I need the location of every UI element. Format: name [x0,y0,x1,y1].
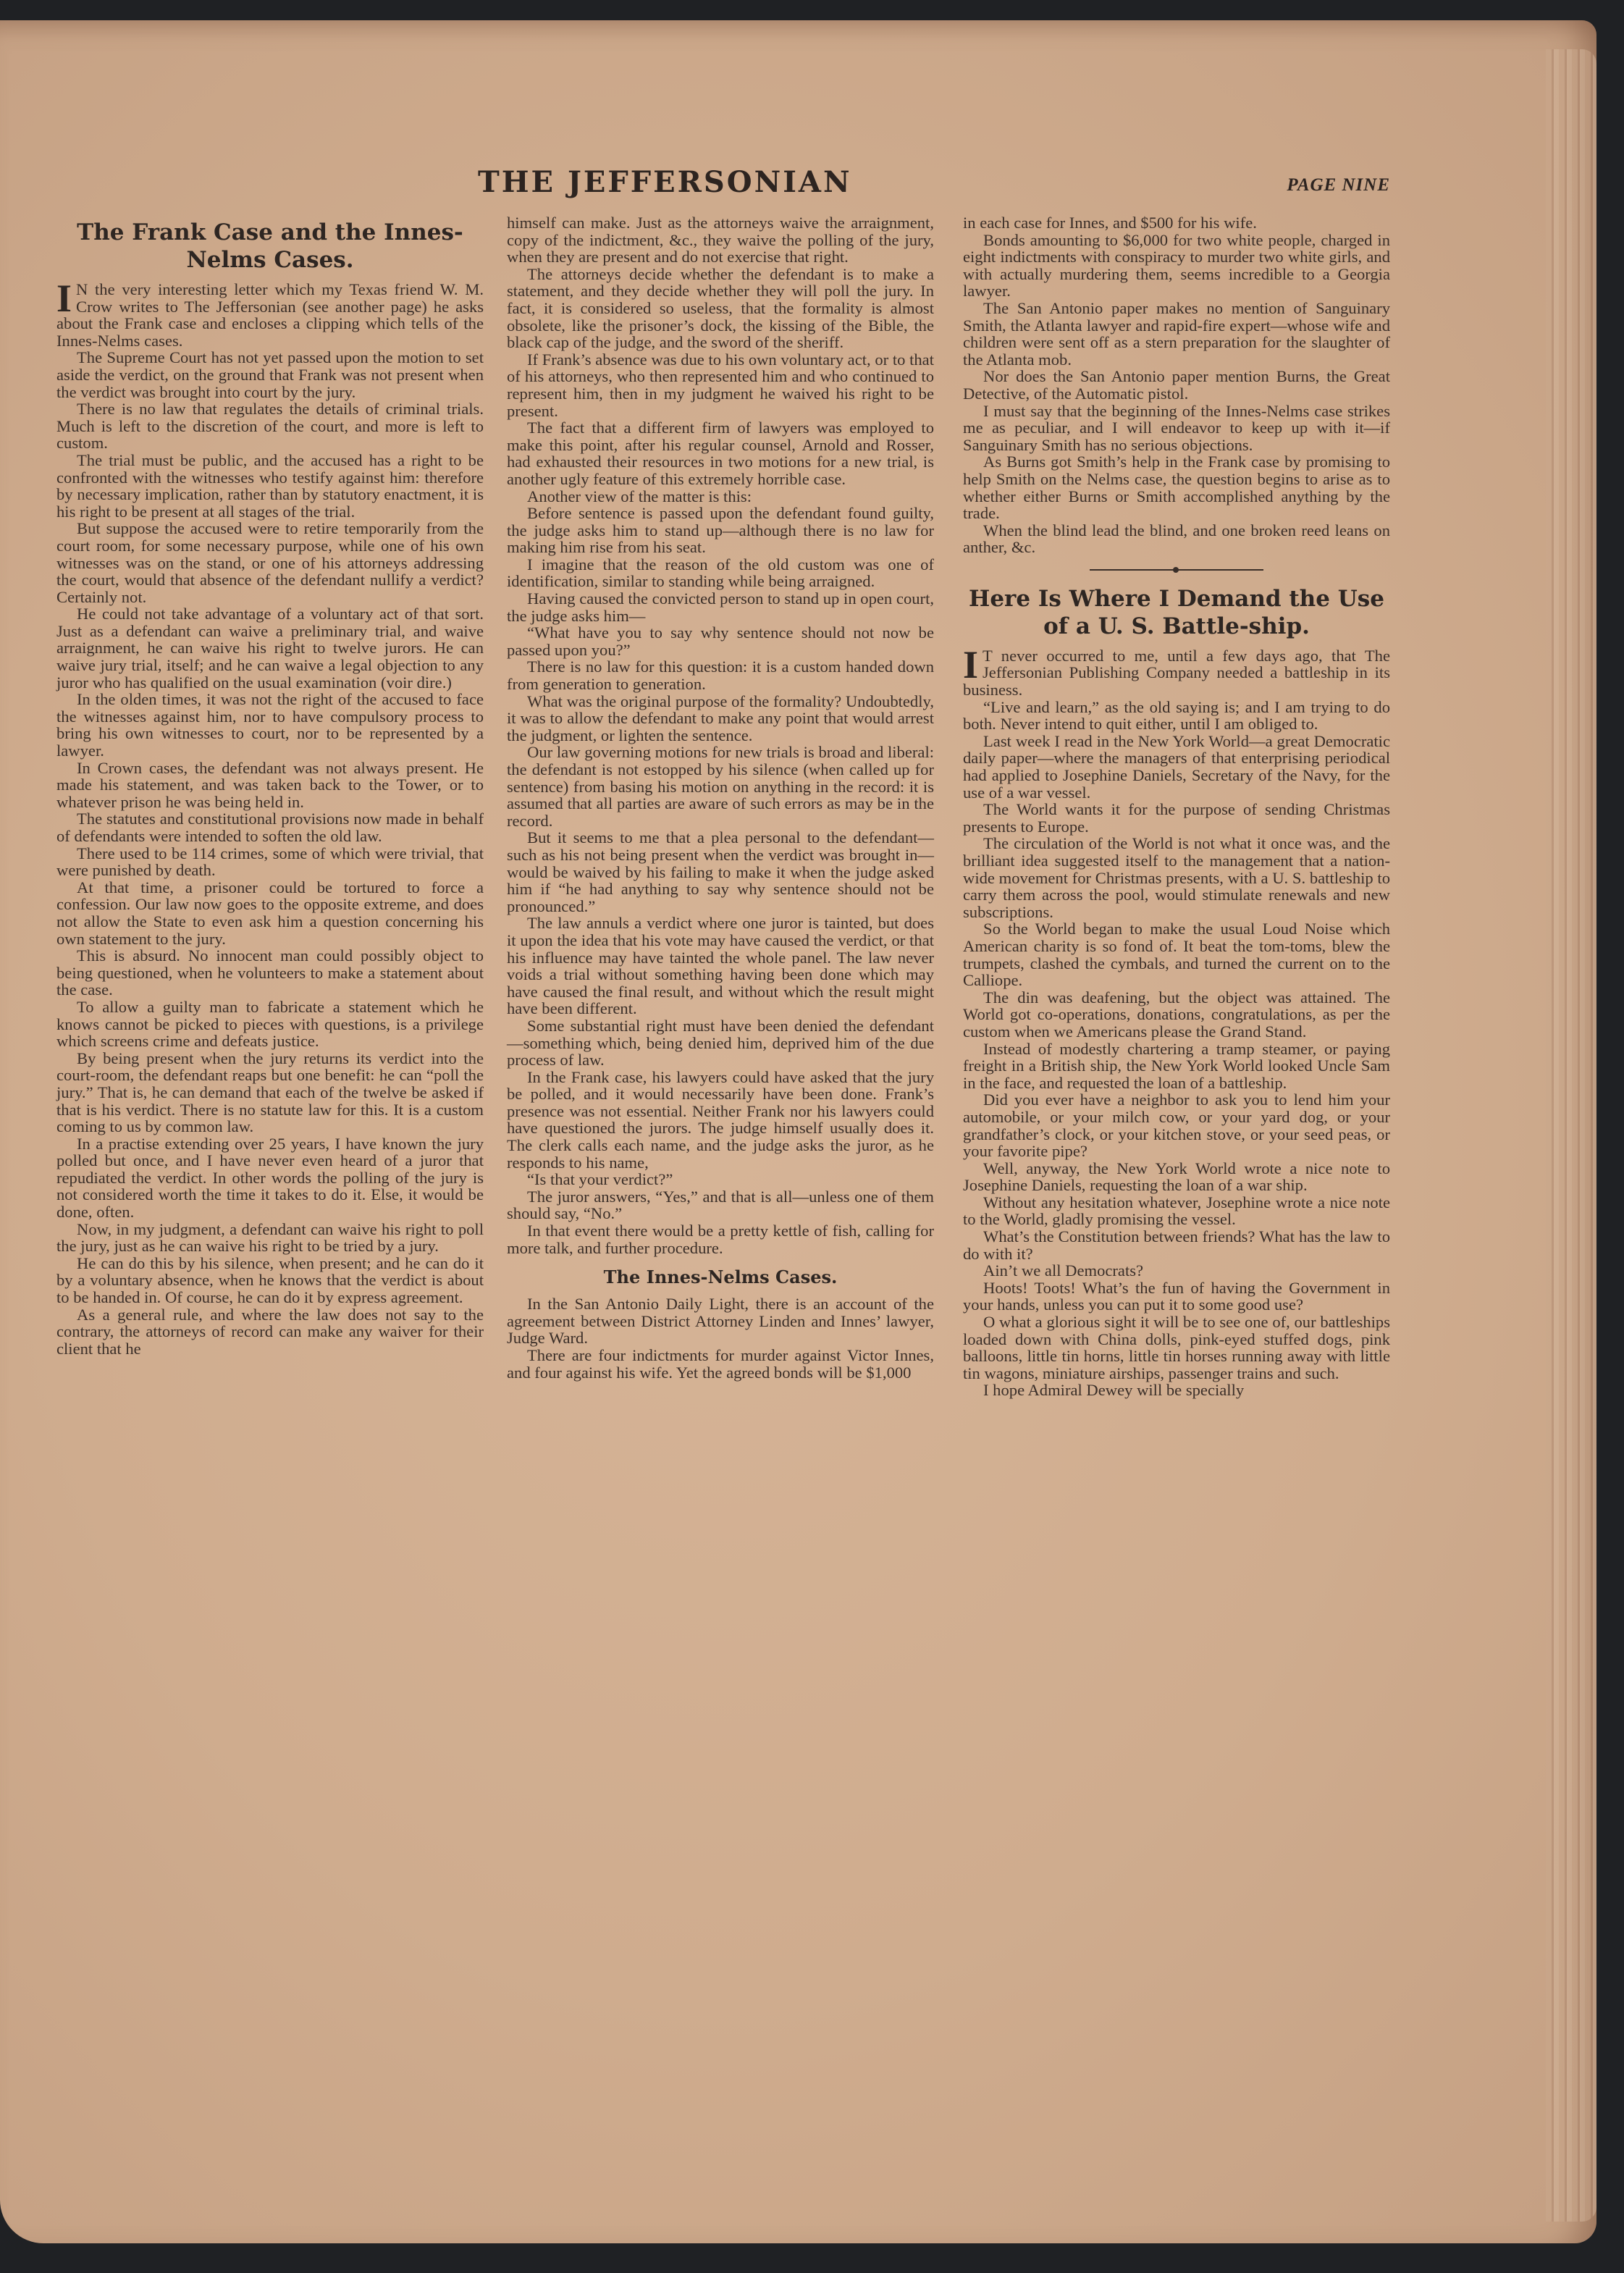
paragraph: In the Frank case, his lawyers could hav… [507,1069,934,1172]
paragraph: There is no law that regulates the detai… [56,400,484,452]
masthead: THE JEFFERSONIAN PAGE NINE [478,165,1390,209]
paragraph: But it seems to me that a plea personal … [507,829,934,915]
paragraph: I imagine that the reason of the old cus… [507,556,934,590]
paragraph: By being present when the jury returns i… [56,1050,484,1135]
paragraph: Hoots! Toots! What’s the fun of having t… [963,1280,1390,1314]
paragraph: Without any hesitation whatever, Josephi… [963,1194,1390,1228]
paragraph: In Crown cases, the defendant was not al… [56,760,484,811]
drop-cap: I [56,282,72,314]
paragraph: I must say that the beginning of the Inn… [963,403,1390,454]
paragraph-continued: in each case for Innes, and $500 for his… [963,214,1390,232]
paragraph: To allow a guilty man to fabricate a sta… [56,999,484,1050]
paragraph: Instead of modestly chartering a tramp s… [963,1041,1390,1092]
paragraph: Some substantial right must have been de… [507,1017,934,1069]
paragraph: If Frank’s absence was due to his own vo… [507,351,934,419]
paragraph: When the blind lead the blind, and one b… [963,522,1390,556]
publication-title: THE JEFFERSONIAN [478,165,852,199]
drop-cap: I [963,649,978,681]
paragraph: The attorneys decide whether the defenda… [507,266,934,351]
article-3-headline: Here Is Where I Demand the Use of a U. S… [963,585,1390,640]
paragraph: Another view of the matter is this: [507,488,934,505]
paragraph: This is absurd. No innocent man could po… [56,947,484,999]
article-2-headline: The Innes-Nelms Cases. [507,1266,934,1288]
paragraph: The din was deafening, but the object wa… [963,989,1390,1041]
paragraph-continued: himself can make. Just as the attorneys … [507,214,934,266]
paragraph: The Supreme Court has not yet passed upo… [56,349,484,400]
paragraph: The fact that a different firm of lawyer… [507,419,934,487]
paragraph: In a practise extending over 25 years, I… [56,1135,484,1221]
paragraph: “Is that your verdict?” [507,1171,934,1188]
paragraph: But suppose the accused were to retire t… [56,520,484,605]
paragraph: Ain’t we all Democrats? [963,1262,1390,1280]
page-number: PAGE NINE [1287,175,1390,196]
article-3-lead-paragraph: IT never occurred to me, until a few day… [963,647,1390,699]
paragraph: Our law governing motions for new trials… [507,744,934,829]
paragraph: At that time, a prisoner could be tortur… [56,879,484,947]
paragraph: As a general rule, and where the law doe… [56,1306,484,1358]
paragraph: The World wants it for the purpose of se… [963,801,1390,835]
paragraph: The San Antonio paper makes no mention o… [963,300,1390,368]
paragraph: “What have you to say why sentence shoul… [507,624,934,658]
paragraph: There is no law for this question: it is… [507,658,934,692]
paragraph: What’s the Constitution between friends?… [963,1228,1390,1262]
paragraph: The trial must be public, and the accuse… [56,452,484,520]
paragraph: Well, anyway, the New York World wrote a… [963,1160,1390,1194]
paragraph: Did you ever have a neighbor to ask you … [963,1091,1390,1159]
column-3: in each case for Innes, and $500 for his… [963,214,1390,1399]
paragraph: O what a glorious sight it will be to se… [963,1314,1390,1382]
paragraph: Bonds amounting to $6,000 for two white … [963,232,1390,300]
newspaper-page: THE JEFFERSONIAN PAGE NINE The Frank Cas… [0,20,1596,2243]
paragraph: Now, in my judgment, a defendant can wai… [56,1221,484,1255]
page-edge-stack [1546,49,1596,2222]
article-1-lead-paragraph: IN the very interesting letter which my … [56,281,484,349]
paragraph: He can do this by his silence, when pres… [56,1255,484,1306]
paragraph: Last week I read in the New York World—a… [963,733,1390,801]
paragraph: In that event there would be a pretty ke… [507,1222,934,1256]
paragraph: What was the original purpose of the for… [507,693,934,744]
paragraph: Before sentence is passed upon the defen… [507,505,934,556]
paragraph: I hope Admiral Dewey will be specially [963,1382,1390,1399]
paragraph: The circulation of the World is not what… [963,835,1390,920]
paragraph: There used to be 114 crimes, some of whi… [56,845,484,879]
paragraph: The statutes and constitutional provisio… [56,810,484,844]
paragraph: He could not take advantage of a volunta… [56,605,484,691]
article-1-headline: The Frank Case and the Innes-Nelms Cases… [56,219,484,274]
paragraph: As Burns got Smith’s help in the Frank c… [963,453,1390,521]
section-divider [1090,569,1263,571]
column-2: himself can make. Just as the attorneys … [507,214,934,1381]
paragraph: Nor does the San Antonio paper mention B… [963,368,1390,402]
paragraph: Having caused the convicted person to st… [507,590,934,624]
paragraph: “Live and learn,” as the old saying is; … [963,699,1390,733]
paragraph: The law annuls a verdict where one juror… [507,915,934,1017]
paragraph: So the World began to make the usual Lou… [963,920,1390,988]
column-1: The Frank Case and the Innes-Nelms Cases… [56,214,484,1357]
paragraph: There are four indictments for murder ag… [507,1347,934,1381]
paragraph: The juror answers, “Yes,” and that is al… [507,1188,934,1222]
paragraph: In the San Antonio Daily Light, there is… [507,1295,934,1347]
paragraph: In the olden times, it was not the right… [56,691,484,759]
